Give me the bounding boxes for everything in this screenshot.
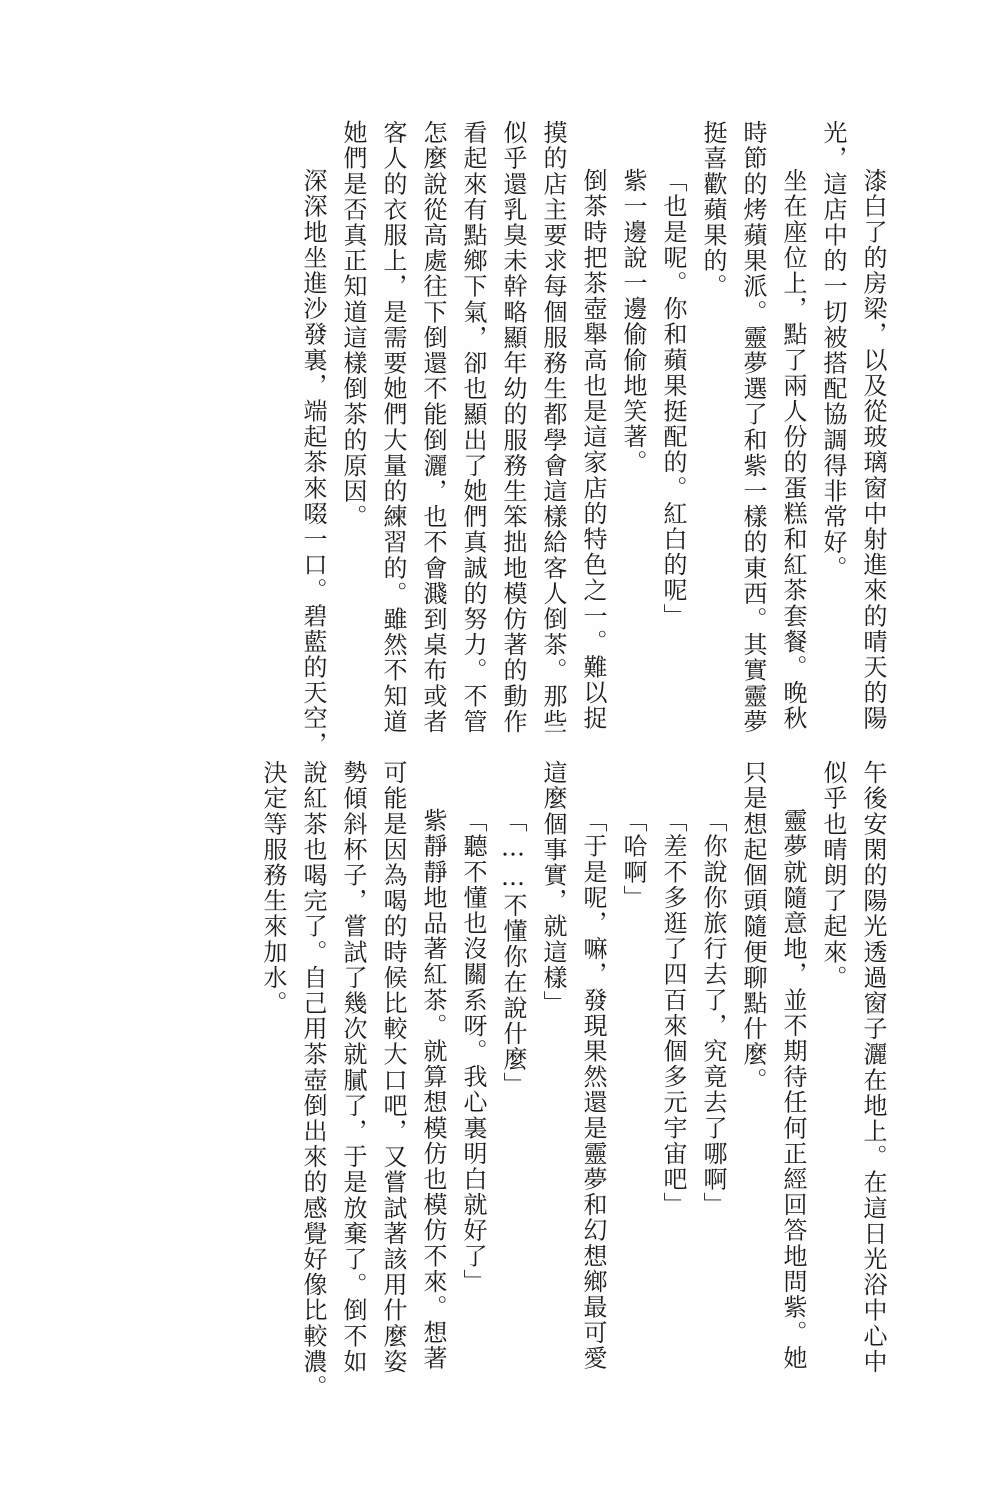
text-column: 勢傾斜杯子，嘗試了幾次就膩了，于是放棄了。倒不如 [338, 760, 368, 1374]
text-column: 可能是因為喝的時候比較大口吧，又嘗試著該用什麼姿 [378, 760, 408, 1374]
text-column: 「你說你旅行去了，究竟去了哪啊」 [698, 808, 728, 1218]
text-column: 時節的烤蘋果派。靈夢選了和紫一樣的東西。其實靈夢 [738, 120, 768, 734]
text-column: 深深地坐進沙發裏，端起茶來啜一口。碧藍的天空， [298, 168, 328, 757]
text-column: 「聽不懂也沒關系呀。我心裏明白就好了」 [458, 808, 488, 1294]
text-column: 「于是呢，嘛，發現果然還是靈夢和幻想鄉最可愛 [578, 808, 608, 1371]
text-column: 這麼個事實，就這樣」 [538, 760, 568, 1016]
text-column: 她們是否真正知道這樣倒茶的原因。 [338, 120, 368, 530]
text-column: 摸的店主要求每個服務生都學會這樣給客人倒茶。那些 [538, 120, 568, 734]
text-column: 「差不多逛了四百來個多元宇宙吧」 [658, 808, 688, 1218]
text-column: 似乎也晴朗了起來。 [818, 760, 848, 990]
text-column: 說紅茶也喝完了。自己用茶壺倒出來的感覺好像比較濃。 [298, 760, 328, 1400]
text-column: 「……不懂你在說什麼」 [498, 808, 528, 1098]
text-column: 坐在座位上，點了兩人份的蛋糕和紅茶套餐。晚秋 [778, 168, 808, 731]
book-page: 漆白了的房梁，以及從玻璃窗中射進來的晴天的陽光，這店中的一切被搭配協調得非常好。… [0, 0, 1007, 1488]
text-column: 紫靜靜地品著紅茶。就算想模仿也模仿不來。想著 [418, 808, 448, 1371]
text-column: 倒茶時把茶壺舉高也是這家店的特色之一。難以捉 [578, 168, 608, 731]
text-column: 看起來有點鄉下氣，卻也顯出了她們真誠的努力。不管 [458, 120, 488, 734]
text-column: 「哈啊」 [618, 808, 648, 910]
text-column: 挺喜歡蘋果的。 [698, 120, 728, 299]
text-column: 似乎還乳臭未幹略顯年幼的服務生笨拙地模仿著的動作 [498, 120, 528, 734]
text-column: 「也是呢。你和蘋果挺配的。紅白的呢」 [658, 168, 688, 629]
text-column: 只是想起個頭隨便聊點什麼。 [738, 760, 768, 1093]
text-column: 怎麼說從高處往下倒還不能倒灑，也不會濺到桌布或者 [418, 120, 448, 734]
text-column: 靈夢就隨意地，並不期待任何正經回答地問紫。她 [778, 808, 808, 1371]
text-column: 決定等服務生來加水。 [258, 760, 288, 1016]
text-column: 漆白了的房梁，以及從玻璃窗中射進來的晴天的陽 [858, 168, 888, 731]
text-column: 紫一邊說一邊偷偷地笑著。 [618, 168, 648, 475]
text-column: 午後安閑的陽光透過窗子灑在地上。在這日光浴中心中 [858, 760, 888, 1374]
text-column: 客人的衣服上，是需要她們大量的練習的。雖然不知道 [378, 120, 408, 734]
text-column: 光，這店中的一切被搭配協調得非常好。 [818, 120, 848, 581]
